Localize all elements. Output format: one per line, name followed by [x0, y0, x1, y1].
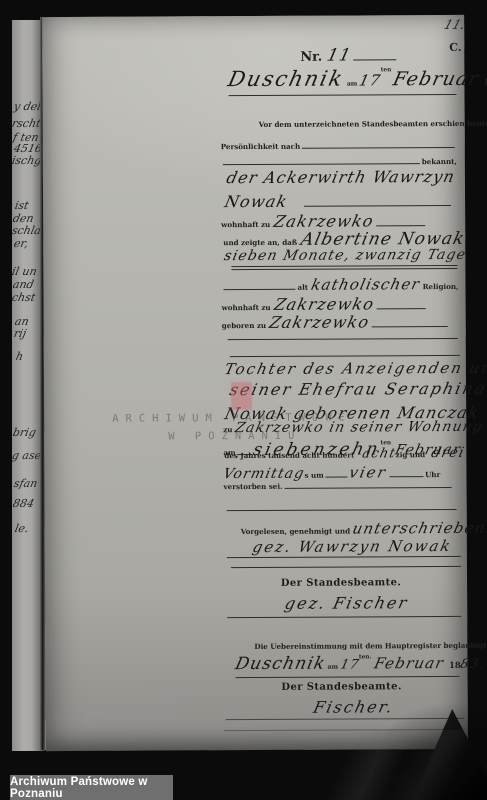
- blank-rule: [228, 338, 458, 340]
- scanned-register-photo: y delrschtf ten4516ischgrüistdenschlaer,…: [0, 0, 487, 800]
- filiation-line-1: Tochter des Anzeigenden und: [225, 359, 487, 380]
- certification-year: 83.: [459, 657, 487, 672]
- declarant-signature: gez. Wawrzyn Nowak: [251, 537, 454, 556]
- intro-line-1: Vor dem unterzeichneten Standesbeamten e…: [259, 119, 487, 129]
- margin-fragment: ist: [14, 199, 30, 212]
- intro-text-2: Persönlichkeit nach: [221, 142, 300, 151]
- certification-day: 17: [338, 657, 360, 672]
- margin-fragment: and: [12, 278, 35, 291]
- registrar-heading-text-1: Der Standesbeamte.: [281, 577, 401, 589]
- geboren-zu-label: geboren zu: [222, 321, 266, 330]
- dateline-place: Duschnik: [226, 67, 347, 92]
- margin-fragment: rscht: [12, 117, 42, 130]
- background-sheen: [250, 730, 487, 800]
- death-time-line: Vormittag s um vier Uhr: [223, 463, 459, 481]
- blank-rule: [231, 566, 461, 568]
- religion-line: alt katholischer Religion,: [221, 275, 459, 293]
- filiation-2: seiner Ehefrau Seraphina: [228, 379, 487, 399]
- margin-fragment: er,: [13, 237, 30, 250]
- nr-label: Nr.: [300, 50, 322, 65]
- s-um-label: s um: [305, 471, 324, 480]
- deceased-residence: Zakrzewko: [272, 294, 376, 314]
- closing-line: Vorgelesen, genehmigt und unterschrieben…: [241, 519, 487, 536]
- dateline-month: Februar: [391, 68, 482, 90]
- margin-fragment: sfan: [13, 477, 39, 490]
- certification-line: Die Uebereinstimmung mit dem Hauptregist…: [254, 641, 486, 651]
- archive-label: Archiwum Państwowe w Poznaniu: [10, 775, 173, 800]
- alt-label: alt: [297, 283, 308, 292]
- dateline-day: 17: [357, 71, 383, 89]
- certification-month: Februar: [373, 654, 446, 672]
- registrar-heading-text-2: Der Standesbeamte.: [281, 681, 401, 693]
- series-letter: C.: [449, 41, 461, 54]
- registrar-signature-line-1: gez. Fischer: [227, 593, 461, 618]
- filiation-line-2: seiner Ehefrau Seraphina: [230, 379, 487, 402]
- margin-fragment: le.: [14, 522, 30, 535]
- religion-label: Religion,: [423, 282, 459, 291]
- declarant-signature-line: gez. Wawrzyn Nowak: [227, 537, 461, 558]
- dateline-am: am: [347, 80, 358, 87]
- zeigte-an-label: und zeigte an, daß: [223, 238, 297, 247]
- registrar-signature-1: gez. Fischer: [283, 593, 410, 613]
- nr-value: 11: [325, 45, 354, 65]
- wohnhaft-zu-label-2: wohnhaft zu: [222, 303, 271, 312]
- margin-fragment: il un: [12, 265, 38, 278]
- declarant-line-1: der Ackerwirth Wawrzyn: [227, 167, 457, 190]
- year-ones: drei: [429, 445, 466, 461]
- archive-watermark-line-1: ARCHIWUM PAŃSTWOWE: [112, 411, 352, 424]
- margin-fragment: rij: [13, 327, 28, 340]
- margin-fragment: 884: [12, 497, 35, 510]
- margin-fragment: brig: [12, 426, 37, 439]
- margin-fragment: chst: [12, 291, 37, 304]
- declarant-surname: Nowak: [223, 192, 290, 211]
- birthplace-line: geboren zu Zakrzewko: [222, 312, 450, 331]
- died-line: verstorben sei.: [224, 481, 454, 498]
- certification-text: Die Uebereinstimmung mit dem Hauptregist…: [254, 641, 486, 651]
- certification-am: am: [328, 664, 339, 671]
- separator-rule: [231, 265, 457, 270]
- declarant-occupation-name: der Ackerwirth Wawrzyn: [225, 167, 457, 187]
- deceased-age: sieben Monate, zwanzig Tage: [223, 247, 468, 264]
- uhr-label: Uhr: [425, 470, 440, 479]
- year-printed-label: des Jahres tausend acht hundert: [224, 450, 354, 460]
- archive-watermark-line-2: W POZNANIU: [168, 430, 301, 443]
- corner-page-number: 11.: [442, 18, 467, 33]
- closing-printed: Vorgelesen, genehmigt und: [241, 527, 350, 537]
- declarant-line-2: Nowak: [225, 191, 453, 212]
- daytime-value: Vormittag: [222, 466, 307, 482]
- archive-label-text: Archiwum Państwowe w Poznaniu: [10, 776, 173, 800]
- religion-value: katholischer: [309, 275, 422, 294]
- certificate-page: 11. C. Nr. 11 Duschnik am 17 ten Februar…: [42, 15, 468, 751]
- margin-fragment: schla: [12, 224, 42, 237]
- bekannt-text: bekannt,: [422, 157, 457, 166]
- certification-place: Duschnik: [233, 654, 328, 674]
- intro-line-2: Persönlichkeit nach: [221, 141, 457, 152]
- wohnhaft-zu-label: wohnhaft zu: [221, 220, 270, 229]
- certification-dateline: Duschnik am 17 ten. Februar 18 83.: [235, 653, 459, 678]
- red-seal-mark: [231, 382, 252, 410]
- year-tens: acht: [361, 446, 398, 461]
- registrar-heading-1: Der Standesbeamte.: [223, 577, 459, 589]
- death-year-line: des Jahres tausend acht hundert acht zig…: [224, 445, 458, 462]
- intro-text-1: Vor dem unterzeichneten Standesbeamten e…: [259, 119, 487, 129]
- deceased-residence-line: wohnhaft zu Zakrzewko: [222, 294, 428, 313]
- closing-hand: unterschrieben.: [351, 519, 487, 538]
- margin-fragment: y del: [13, 100, 43, 113]
- blank-rule: [227, 509, 457, 511]
- dateline-century: 18: [483, 78, 487, 88]
- record-number-line: Nr. 11: [300, 45, 398, 66]
- registrar-heading-2: Der Standesbeamte.: [224, 681, 460, 693]
- blank-rule: [230, 355, 460, 357]
- declarant-residence: Zakrzewko: [272, 211, 376, 231]
- hour-value: vier: [348, 463, 389, 481]
- zig-und-label: zig und: [396, 450, 426, 459]
- dateline: Duschnik am 17 ten Februar 18 83: [228, 66, 456, 96]
- margin-fragment: h: [15, 350, 25, 363]
- deceased-birthplace: Zakrzewko: [268, 312, 372, 332]
- filiation-1: Tochter des Anzeigenden und: [223, 359, 487, 378]
- verstorben-text: verstorben sei.: [224, 482, 283, 491]
